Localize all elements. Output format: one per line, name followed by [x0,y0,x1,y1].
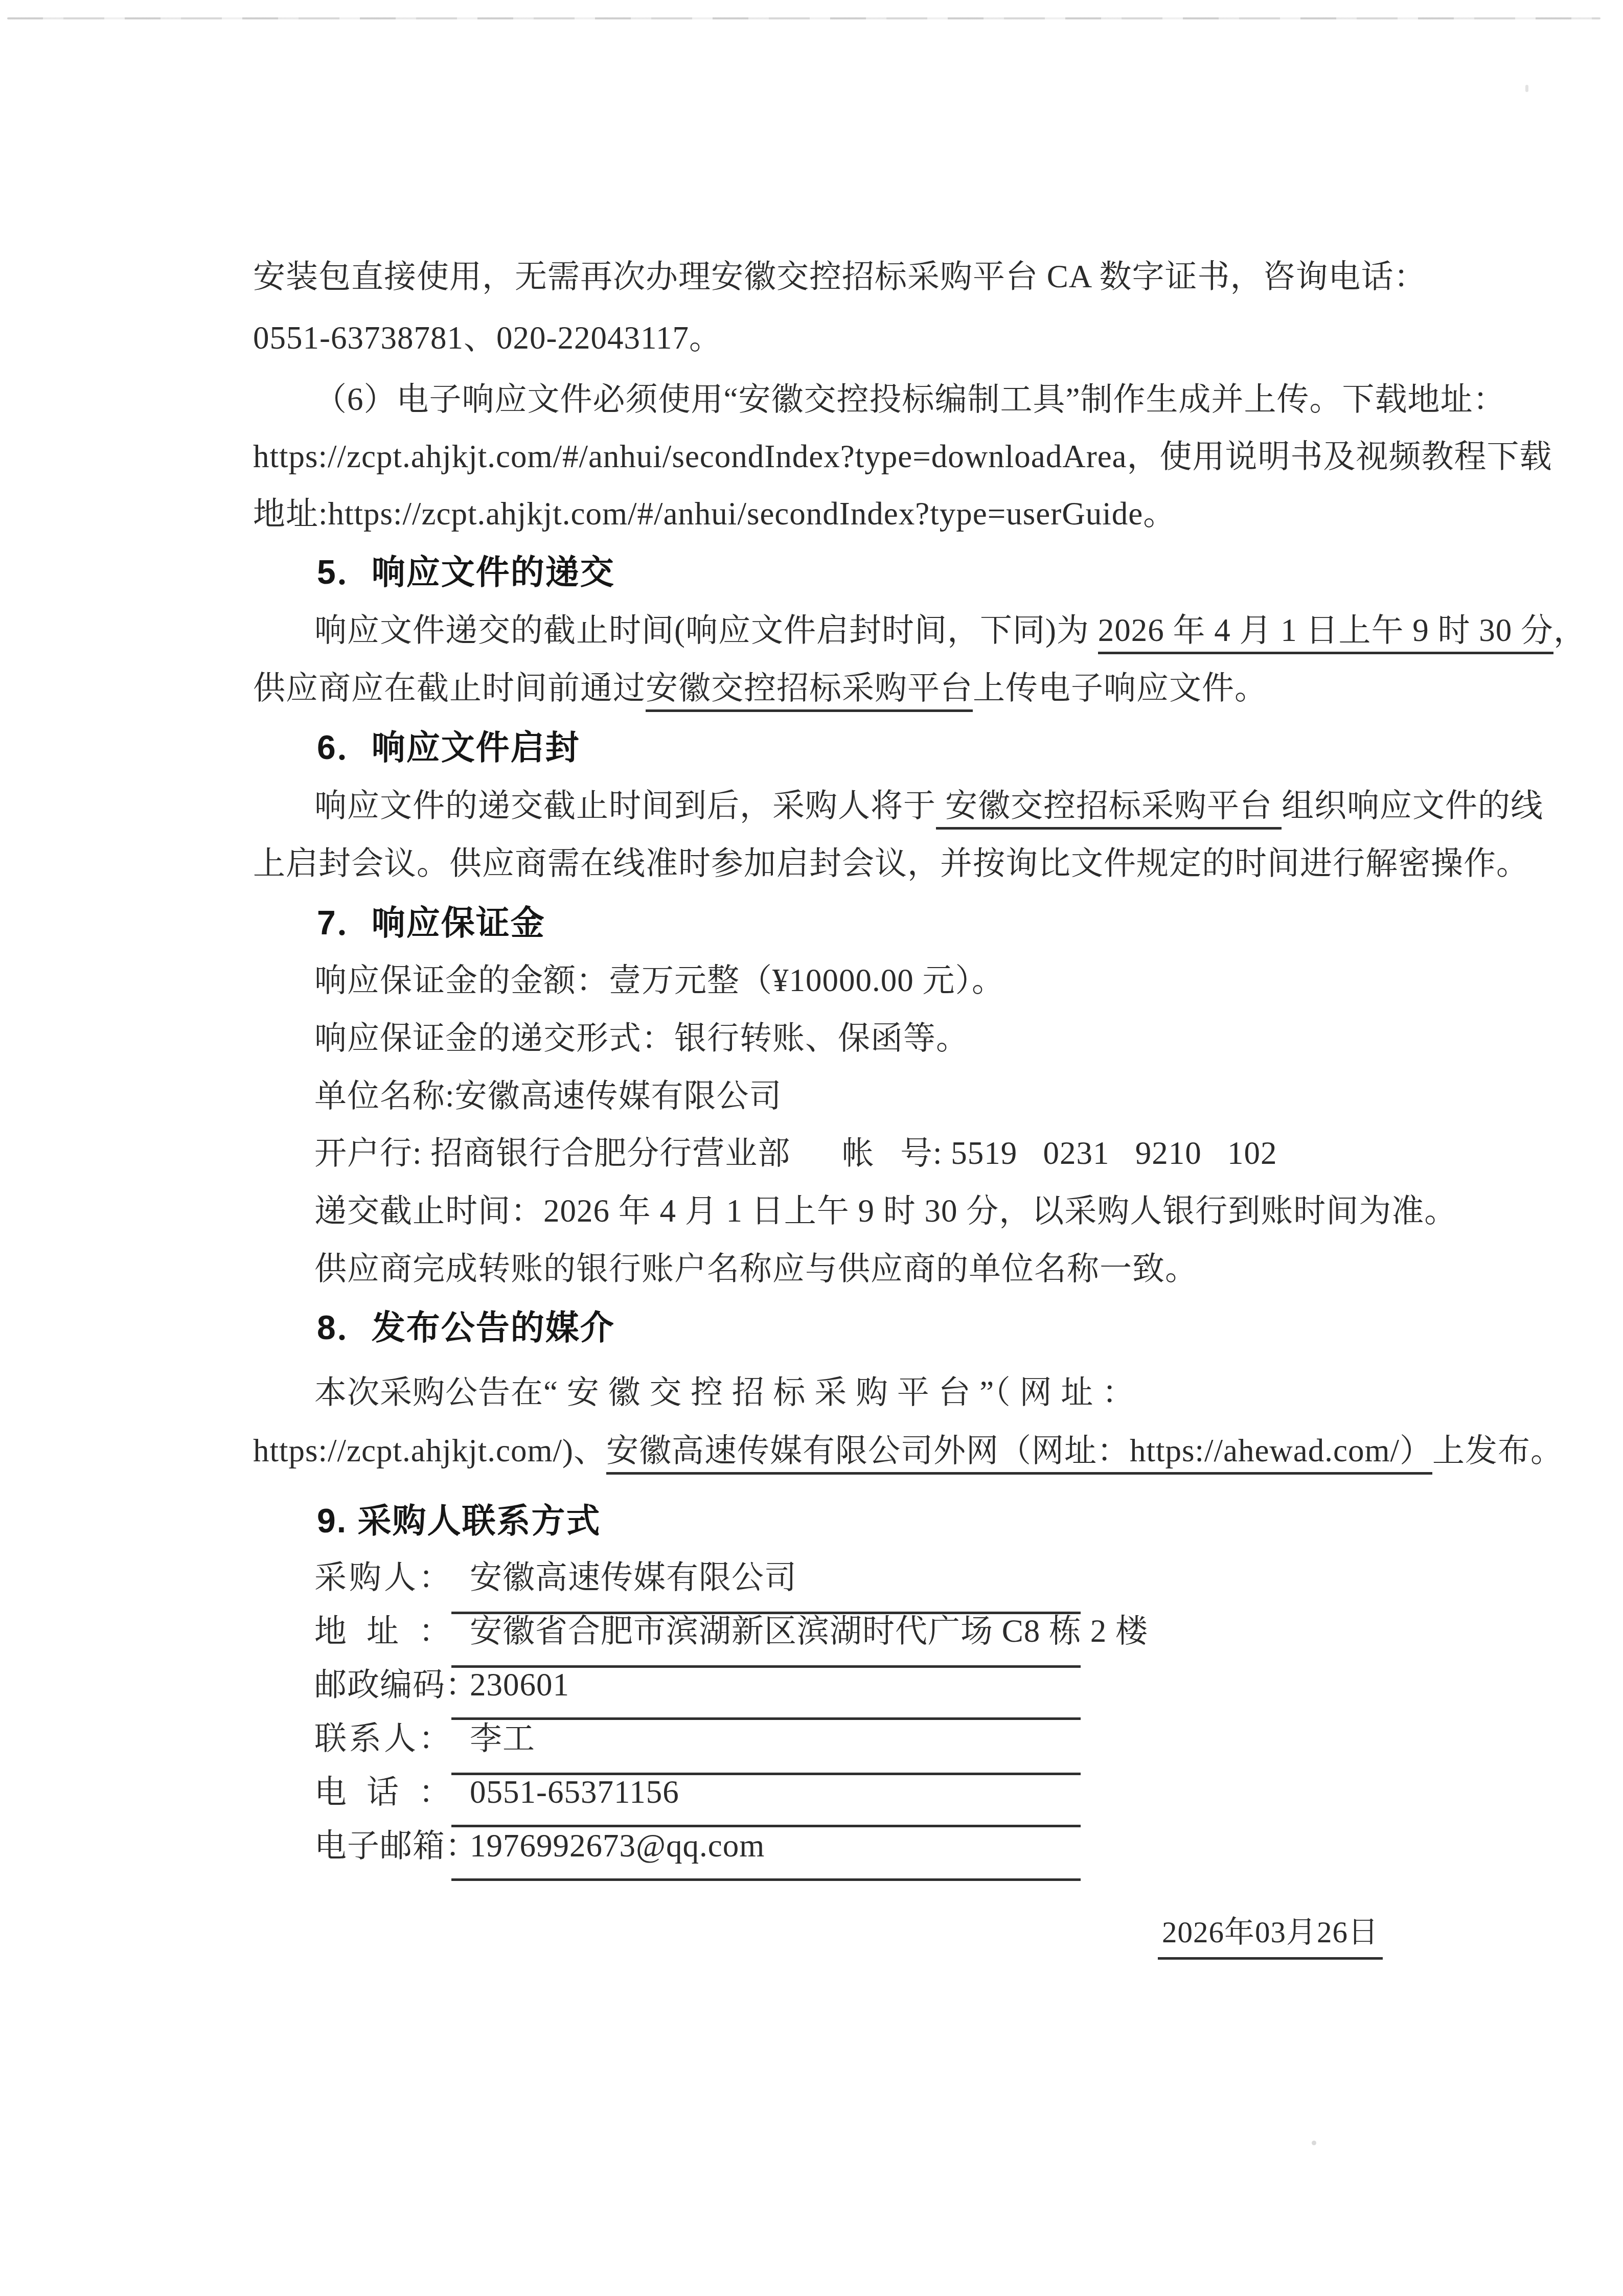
doc-line: 本次采购公告在“ 安 徽 交 控 招 标 采 购 平 台 ”（ 网 址 ： [314,1374,1135,1411]
doc-text: 响应保证金的金额：壹万元整（¥10000.00 元）。 [314,962,1004,998]
underlined-platform-name: 安徽交控招标采购平台 [646,670,973,712]
doc-line: （6）电子响应文件必须使用“安徽交控投标编制工具”制作生成并上传。下载地址： [314,381,1505,418]
underlined-deadline: 2026 年 4 月 1 日上午 9 时 30 分 [1098,612,1553,654]
heading-text: 9. 采购人联系方式 [317,1502,601,1540]
doc-text: 单位名称:安徽高速传媒有限公司 [314,1078,782,1114]
doc-text: https://zcpt.ahjkjt.com/#/anhui/secondIn… [253,439,1552,474]
section-heading-9: 9. 采购人联系方式 [317,1502,601,1541]
purchaser-label: 采购人： [314,1551,451,1598]
doc-line: 响应保证金的递交形式：银行转账、保函等。 [314,1020,969,1057]
section-heading-6: 6．响应文件启封 [317,728,580,767]
doc-text: 上传电子响应文件。 [973,670,1267,706]
doc-text: 地址:https://zcpt.ahjkjt.com/#/anhui/secon… [253,496,1176,532]
heading-text: 5．响应文件的递交 [317,553,615,591]
heading-text: 8．发布公告的媒介 [317,1308,615,1346]
doc-line-url: 地址:https://zcpt.ahjkjt.com/#/anhui/secon… [253,495,1176,532]
doc-line: 上启封会议。供应商需在线准时参加启封会议，并按询比文件规定的时间进行解密操作。 [253,845,1529,882]
doc-line: 响应文件递交的截止时间(响应文件启封时间，下同)为 2026 年 4 月 1 日… [314,612,1586,649]
phone-label: 电话： [314,1766,451,1812]
doc-text: 响应文件的递交截止时间到后，采购人将于 [314,788,936,823]
doc-text: 0551-63738781、020-22043117。 [253,320,722,356]
doc-text: 上启封会议。供应商需在线准时参加启封会议，并按询比文件规定的时间进行解密操作。 [253,845,1529,881]
scan-artifact-speck [1312,2141,1316,2145]
doc-line-bank-account: 开户行: 招商银行合肥分行营业部 帐 号: 5519 0231 9210 102 [314,1135,1277,1172]
scanned-document-page: 安装包直接使用，无需再次办理安徽交控招标采购平台 CA 数字证书，咨询电话： 0… [0,0,1623,2296]
issue-date: 2026年03月26日 [1158,1908,1383,1960]
contact-row-phone: 电话：0551-65371156 [314,1766,1081,1827]
doc-line: 响应文件的递交截止时间到后，采购人将于安徽交控招标采购平台组织响应文件的线 [314,787,1543,824]
doc-line-url: https://zcpt.ahjkjt.com/#/anhui/secondIn… [253,438,1552,475]
email-value: 1976992673@qq.com [451,1827,1081,1881]
underlined-external-site: 安徽高速传媒有限公司外网（网址：https://ahewad.com/） [606,1433,1432,1475]
doc-text: 供应商应在截止时间前通过 [253,670,646,706]
heading-text: 6．响应文件启封 [317,728,580,766]
doc-line: 安装包直接使用，无需再次办理安徽交控招标采购平台 CA 数字证书，咨询电话： [253,258,1427,295]
scan-artifact-line [7,17,1601,19]
contact-row-email: 电子邮箱：1976992673@qq.com [314,1820,1081,1881]
address-label: 地址： [314,1605,451,1651]
doc-text: ， [1553,612,1586,648]
section-heading-8: 8．发布公告的媒介 [317,1308,615,1347]
contact-row-postcode: 邮政编码：230601 [314,1659,1081,1720]
contact-person-label: 联系人： [314,1712,451,1759]
heading-text: 7．响应保证金 [317,904,545,942]
scan-artifact-speck [1525,85,1528,92]
doc-line: https://zcpt.ahjkjt.com/)、安徽高速传媒有限公司外网（网… [253,1432,1563,1469]
doc-line: 响应保证金的金额：壹万元整（¥10000.00 元）。 [314,962,1004,999]
doc-text: 上发布。 [1432,1433,1563,1468]
doc-line: 供应商完成转账的银行账户名称应与供应商的单位名称一致。 [314,1250,1198,1287]
doc-line: 递交截止时间：2026 年 4 月 1 日上午 9 时 30 分，以采购人银行到… [314,1192,1457,1229]
section-heading-7: 7．响应保证金 [317,904,545,943]
doc-line: 0551-63738781、020-22043117。 [253,319,722,356]
doc-line: 供应商应在截止时间前通过安徽交控招标采购平台上传电子响应文件。 [253,670,1267,706]
doc-text: 响应文件递交的截止时间(响应文件启封时间，下同)为 [314,612,1098,648]
doc-text: 本次采购公告在“ 安 徽 交 控 招 标 采 购 平 台 ”（ 网 址 ： [314,1374,1135,1410]
section-heading-5: 5．响应文件的递交 [317,553,615,592]
doc-text: 供应商完成转账的银行账户名称应与供应商的单位名称一致。 [314,1251,1198,1287]
doc-text: 递交截止时间：2026 年 4 月 1 日上午 9 时 30 分，以采购人银行到… [314,1193,1457,1229]
doc-text: （6）电子响应文件必须使用“安徽交控投标编制工具”制作生成并上传。下载地址： [314,381,1505,417]
doc-text: 组织响应文件的线 [1282,788,1543,823]
doc-text: 安装包直接使用，无需再次办理安徽交控招标采购平台 CA 数字证书，咨询电话： [253,259,1427,294]
email-label: 电子邮箱： [314,1820,451,1866]
underlined-platform-name: 安徽交控招标采购平台 [936,788,1282,830]
doc-text: 开户行: 招商银行合肥分行营业部 帐 号: 5519 0231 9210 102 [314,1135,1277,1171]
doc-text: https://zcpt.ahjkjt.com/)、 [253,1433,606,1468]
doc-line-company-name: 单位名称:安徽高速传媒有限公司 [314,1077,782,1114]
doc-text: 响应保证金的递交形式：银行转账、保函等。 [314,1020,969,1056]
postcode-label: 邮政编码： [314,1659,451,1705]
